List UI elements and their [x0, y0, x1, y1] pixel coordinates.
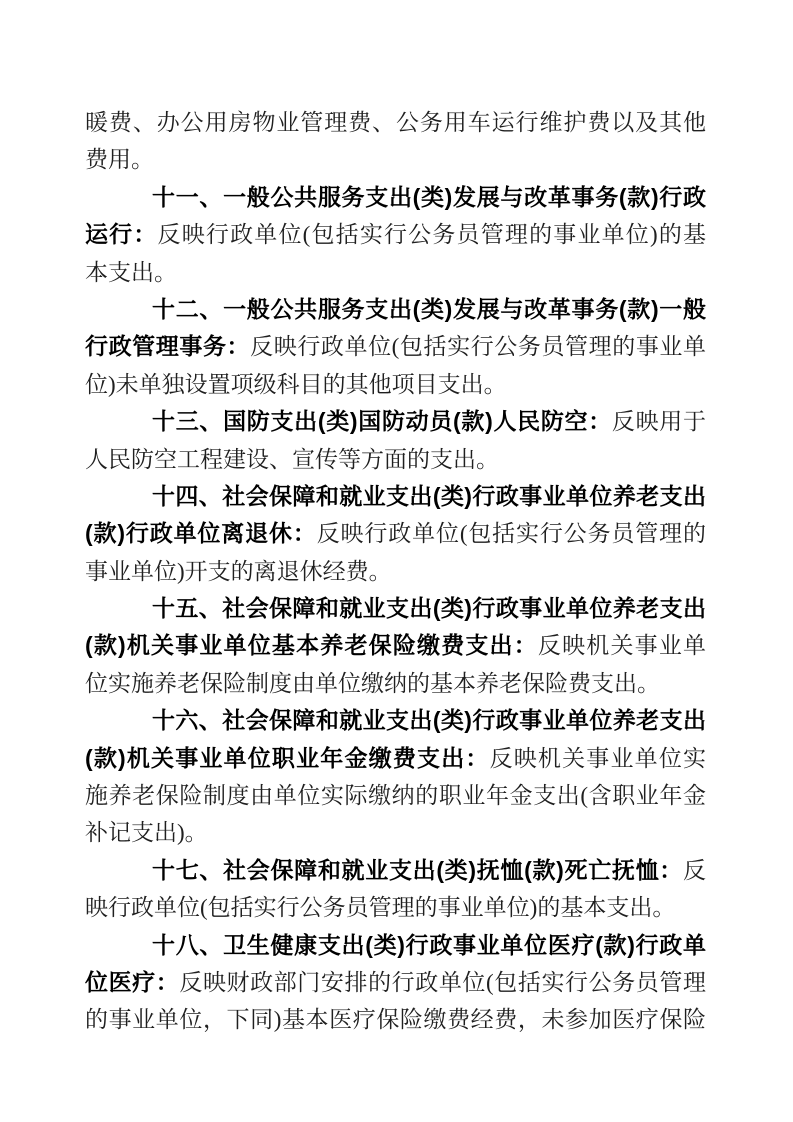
text-line: 位实施养老保险制度由单位缴纳的基本养老保险费支出。	[85, 665, 706, 702]
text-line: 运行：反映行政单位(包括实行公务员管理的事业单位)的基	[85, 216, 706, 253]
text-run: 反映用于	[612, 409, 706, 434]
text-run: 反映行政单位(包括实行公务员管理的事业单位)的基	[158, 222, 706, 247]
text-run-bold: 十三、国防支出(类)国防动员(款)人民防空：	[152, 408, 612, 434]
text-line: 十一、一般公共服务支出(类)发展与改革事务(款)行政	[85, 179, 706, 216]
text-run-bold: 十二、一般公共服务支出(类)发展与改革事务(款)一般	[152, 296, 706, 322]
text-run-bold: 十七、社会保障和就业支出(类)抚恤(款)死亡抚恤：	[152, 857, 683, 883]
text-run: 暖费、办公用房物业管理费、公务用车运行维护费以及其他	[85, 110, 706, 135]
text-line: 行政管理事务：反映行政单位(包括实行公务员管理的事业单	[85, 328, 706, 365]
text-line: (款)机关事业单位职业年金缴费支出：反映机关事业单位实	[85, 740, 706, 777]
text-run: 位实施养老保险制度由单位缴纳的基本养老保险费支出。	[85, 671, 660, 696]
text-run: 事业单位)开支的离退休经费。	[85, 559, 392, 584]
text-run-bold: (款)行政单位离退休：	[85, 520, 317, 546]
text-run: 施养老保险制度由单位实际缴纳的职业年金支出(含职业年金	[85, 783, 706, 808]
text-run: 反映行政单位(包括实行公务员管理的事业单	[250, 334, 706, 359]
text-line: 十七、社会保障和就业支出(类)抚恤(款)死亡抚恤：反	[85, 852, 706, 889]
text-run: 反映机关事业单	[538, 633, 706, 658]
text-run: 映行政单位(包括实行公务员管理的事业单位)的基本支出。	[85, 895, 675, 920]
text-run-bold: 十四、社会保障和就业支出(类)行政事业单位养老支出	[152, 483, 706, 509]
text-line: (款)行政单位离退休：反映行政单位(包括实行公务员管理的	[85, 515, 706, 552]
document-text-block: 暖费、办公用房物业管理费、公务用车运行维护费以及其他费用。十一、一般公共服务支出…	[85, 104, 706, 1039]
text-run: 反映财政部门安排的行政单位(包括实行公务员管理	[179, 970, 706, 995]
text-line: 十六、社会保障和就业支出(类)行政事业单位养老支出	[85, 702, 706, 739]
text-run-bold: 十六、社会保障和就业支出(类)行政事业单位养老支出	[152, 707, 706, 733]
text-run: 反映机关事业单位实	[490, 746, 706, 771]
text-run-bold: 十一、一般公共服务支出(类)发展与改革事务(款)行政	[152, 184, 706, 210]
document-page: 暖费、办公用房物业管理费、公务用车运行维护费以及其他费用。十一、一般公共服务支出…	[0, 0, 793, 1122]
text-line: 暖费、办公用房物业管理费、公务用车运行维护费以及其他	[85, 104, 706, 141]
text-line: 位医疗：反映财政部门安排的行政单位(包括实行公务员管理	[85, 964, 706, 1001]
text-run: 人民防空工程建设、宣传等方面的支出。	[85, 447, 499, 472]
text-line: 十二、一般公共服务支出(类)发展与改革事务(款)一般	[85, 291, 706, 328]
text-run: 反	[683, 858, 706, 883]
text-line: 十八、卫生健康支出(类)行政事业单位医疗(款)行政单	[85, 927, 706, 964]
text-line: 的事业单位，下同)基本医疗保险缴费经费，未参加医疗保险	[85, 1001, 706, 1038]
text-line: 费用。	[85, 141, 706, 178]
text-run: 的事业单位，下同)基本医疗保险缴费经费，未参加医疗保险	[85, 1007, 706, 1032]
text-line: 十四、社会保障和就业支出(类)行政事业单位养老支出	[85, 478, 706, 515]
text-line: 位)未单独设置项级科目的其他项目支出。	[85, 366, 706, 403]
text-line: 本支出。	[85, 254, 706, 291]
text-line: 十五、社会保障和就业支出(类)行政事业单位养老支出	[85, 590, 706, 627]
text-run: 反映行政单位(包括实行公务员管理的	[317, 521, 706, 546]
text-run-bold: 十五、社会保障和就业支出(类)行政事业单位养老支出	[152, 595, 706, 621]
text-line: 事业单位)开支的离退休经费。	[85, 553, 706, 590]
text-run: 费用。	[85, 147, 154, 172]
text-line: 施养老保险制度由单位实际缴纳的职业年金支出(含职业年金	[85, 777, 706, 814]
text-line: 人民防空工程建设、宣传等方面的支出。	[85, 441, 706, 478]
text-run: 位)未单独设置项级科目的其他项目支出。	[85, 372, 507, 397]
text-run-bold: 运行：	[85, 221, 158, 247]
text-line: 映行政单位(包括实行公务员管理的事业单位)的基本支出。	[85, 889, 706, 926]
text-line: 十三、国防支出(类)国防动员(款)人民防空：反映用于	[85, 403, 706, 440]
text-line: (款)机关事业单位基本养老保险缴费支出：反映机关事业单	[85, 627, 706, 664]
text-run: 补记支出)。	[85, 820, 208, 845]
text-run-bold: 位医疗：	[85, 969, 179, 995]
text-run-bold: 行政管理事务：	[85, 333, 250, 359]
text-run-bold: (款)机关事业单位基本养老保险缴费支出：	[85, 632, 538, 658]
text-run: 本支出。	[85, 260, 177, 285]
text-run-bold: 十八、卫生健康支出(类)行政事业单位医疗(款)行政单	[152, 932, 706, 958]
text-run-bold: (款)机关事业单位职业年金缴费支出：	[85, 745, 490, 771]
text-line: 补记支出)。	[85, 814, 706, 851]
